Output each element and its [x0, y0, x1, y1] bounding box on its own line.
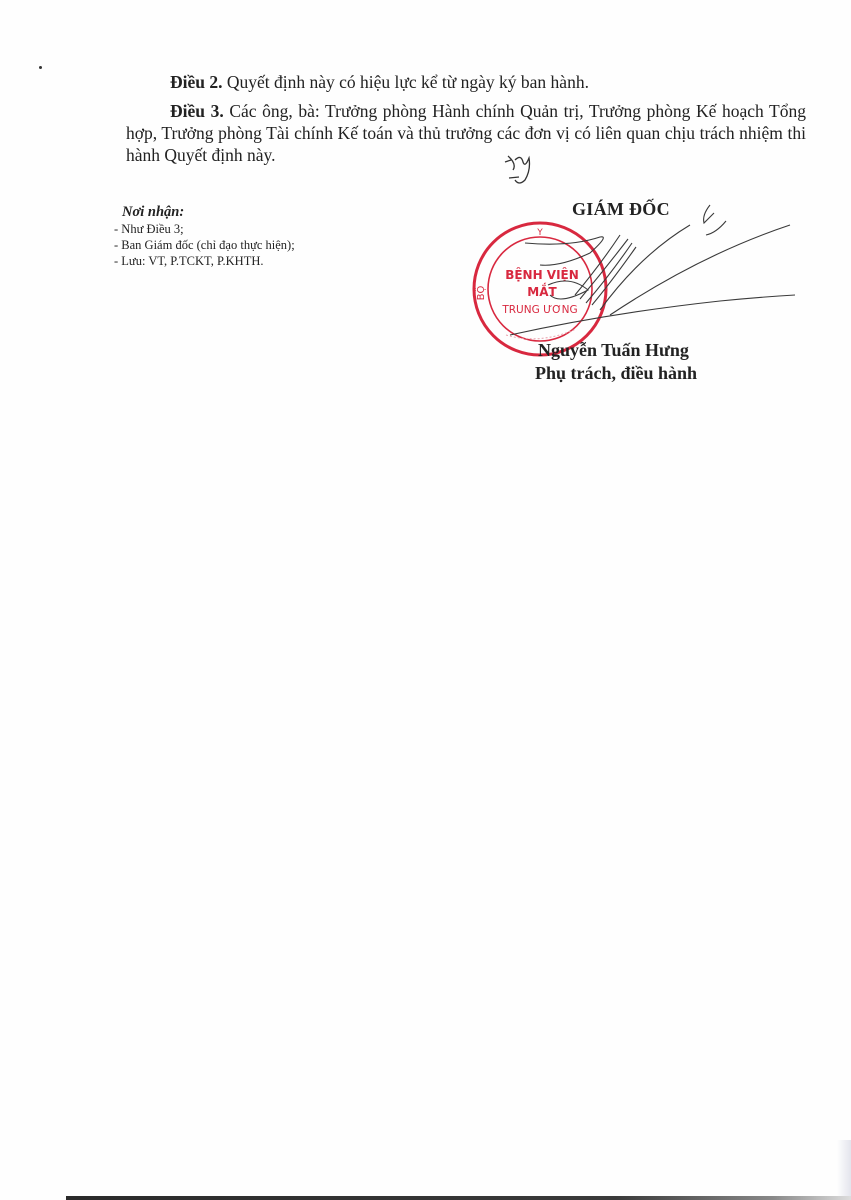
handwritten-initials-icon — [503, 150, 537, 192]
signer-role: Phụ trách, điều hành — [535, 363, 697, 384]
scan-edge-shadow — [837, 1140, 851, 1200]
article-3-text: Các ông, bà: Trưởng phòng Hành chính Quả… — [126, 101, 806, 165]
scan-speck — [39, 66, 42, 69]
signature-block: GIÁM ĐỐC Y BỘ BỆNH VIỆN MẮT TRUNG ƯƠNG — [460, 195, 820, 395]
signer-name: Nguyễn Tuấn Hưng — [538, 340, 689, 361]
article-3: Điều 3. Các ông, bà: Trưởng phòng Hành c… — [126, 100, 806, 166]
scan-bottom-edge — [66, 1196, 851, 1200]
recipient-item: - Như Điều 3; — [114, 221, 295, 237]
recipients-block: Nơi nhận: - Như Điều 3; - Ban Giám đốc (… — [114, 203, 295, 269]
article-2: Điều 2. Quyết định này có hiệu lực kể từ… — [126, 71, 806, 93]
recipients-title: Nơi nhận: — [122, 203, 295, 221]
article-3-label: Điều 3. — [170, 101, 224, 121]
article-2-text: Quyết định này có hiệu lực kể từ ngày ký… — [223, 72, 589, 92]
article-2-label: Điều 2. — [170, 72, 223, 92]
recipient-item: - Lưu: VT, P.TCKT, P.KHTH. — [114, 253, 295, 269]
document-page: Điều 2. Quyết định này có hiệu lực kể từ… — [0, 0, 851, 1200]
recipient-item: - Ban Giám đốc (chỉ đạo thực hiện); — [114, 237, 295, 253]
